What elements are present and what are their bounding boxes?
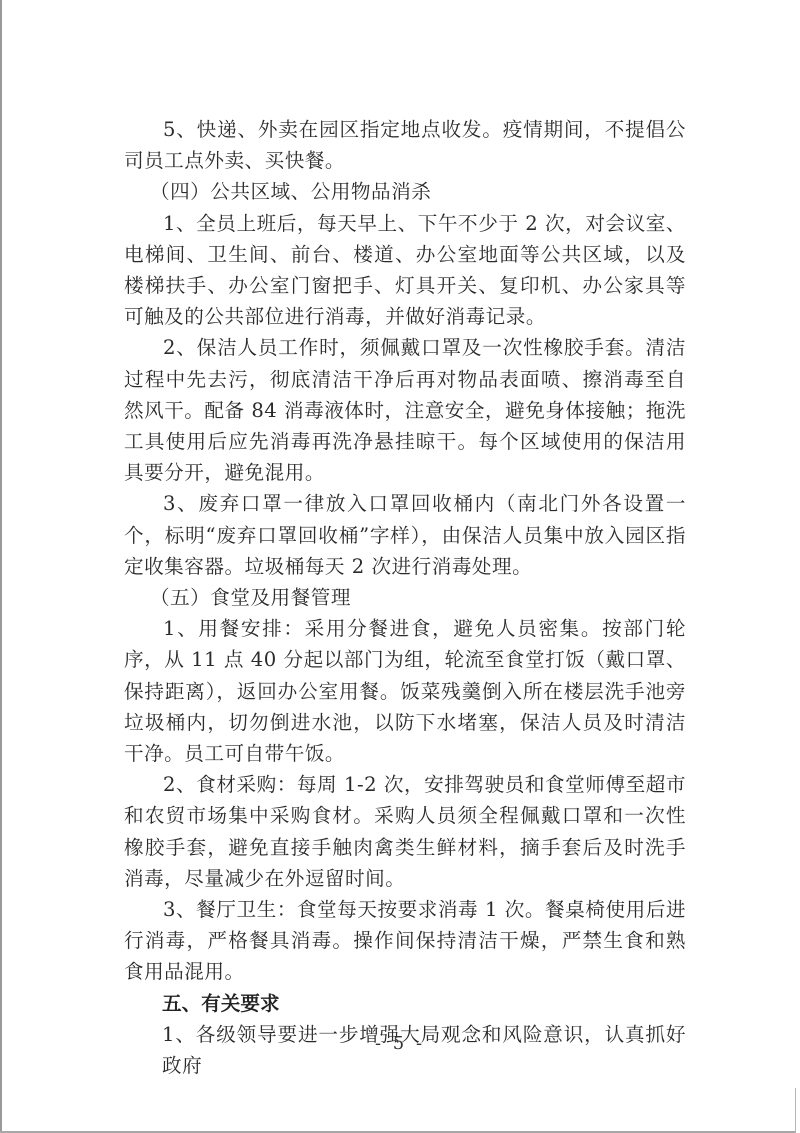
- paragraph-public-area-2: 2、保洁人员工作时，须佩戴口罩及一次性橡胶手套。清洁过程中先去污，彻底清洁干净后…: [124, 332, 686, 488]
- paragraph-canteen-2: 2、食材采购：每周 1-2 次，安排驾驶员和食堂师傅至超市和农贸市场集中采购食材…: [124, 769, 686, 894]
- paragraph-public-area-1: 1、全员上班后，每天早上、下午不少于 2 次，对会议室、电梯间、卫生间、前台、楼…: [124, 208, 686, 333]
- paragraph-delivery: 5、快递、外卖在园区指定地点收发。疫情期间，不提倡公司员工点外卖、买快餐。: [124, 114, 686, 176]
- section-heading-public-area-disinfection: （四）公共区域、公用物品消杀: [124, 176, 686, 207]
- paragraph-public-area-3: 3、废弃口罩一律放入口罩回收桶内（南北门外各设置一个，标明“废弃口罩回收桶”字样…: [124, 488, 686, 582]
- page-number: - 5 -: [0, 1033, 800, 1054]
- section-heading-requirements: 五、有关要求: [124, 988, 686, 1019]
- paragraph-canteen-1: 1、用餐安排：采用分餐进食，避免人员密集。按部门轮序，从 11 点 40 分起以…: [124, 613, 686, 769]
- page-border-left: [0, 0, 2, 1131]
- page-border-right: [795, 1088, 796, 1133]
- document-body: 5、快递、外卖在园区指定地点收发。疫情期间，不提倡公司员工点外卖、买快餐。 （四…: [124, 114, 686, 1081]
- section-heading-canteen: （五）食堂及用餐管理: [124, 582, 686, 613]
- paragraph-canteen-3: 3、餐厅卫生：食堂每天按要求消毒 1 次。餐桌椅使用后进行消毒，严格餐具消毒。操…: [124, 894, 686, 988]
